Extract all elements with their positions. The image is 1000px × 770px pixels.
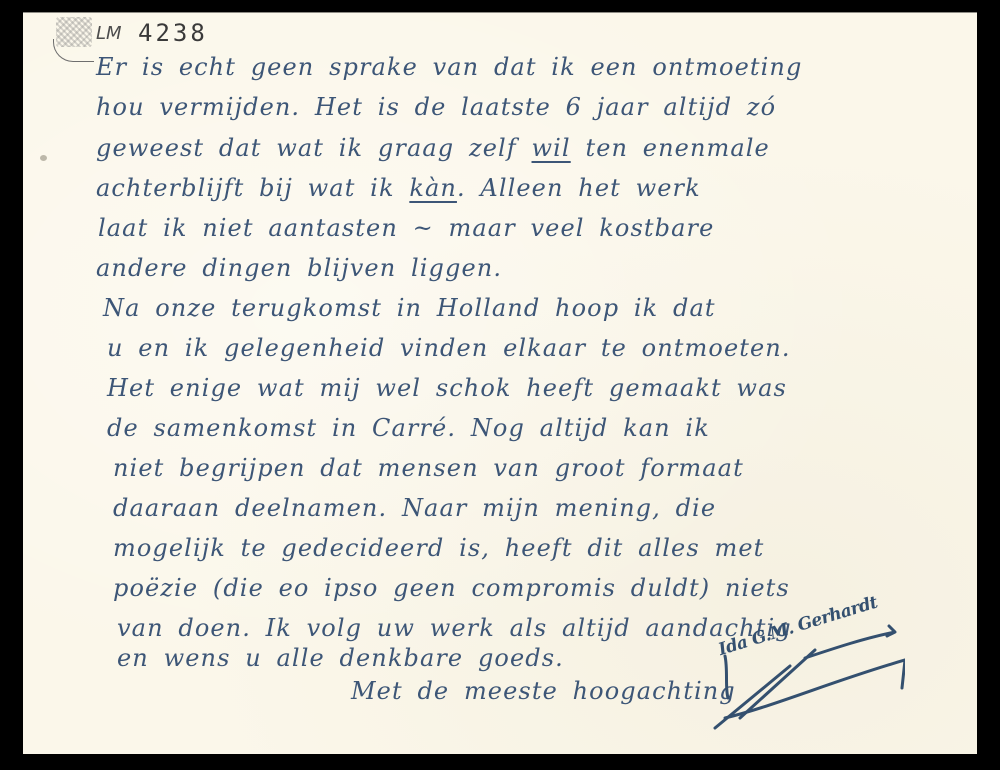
letter-line-10: de samenkomst in Carré. Nog altijd kan i…	[107, 414, 710, 442]
letter-line-8: u en ik gelegenheid vinden elkaar te ont…	[107, 334, 791, 362]
line-3-before: geweest dat wat ik graag zelf	[96, 134, 532, 162]
letter-line-3: geweest dat wat ik graag zelf wil ten en…	[96, 134, 770, 162]
letter-line-12: daaraan deelnamen. Naar mijn mening, die	[113, 494, 716, 522]
letter-line-6: andere dingen blijven liggen.	[96, 254, 502, 282]
letter-line-13: mogelijk te gedecideerd is, heeft dit al…	[113, 534, 764, 562]
line-3-after: ten enenmale	[571, 134, 770, 162]
letter-line-2: hou vermijden. Het is de laatste 6 jaar …	[96, 93, 776, 121]
underlined-word-kan: kàn	[409, 174, 457, 202]
archive-number: 4238	[138, 19, 208, 47]
letter-line-15: van doen. Ik volg uw werk als altijd aan…	[117, 614, 792, 642]
letter-line-7: Na onze terugkomst in Holland hoop ik da…	[103, 294, 716, 322]
line-4-after: . Alleen het werk	[457, 174, 701, 202]
ink-spot	[40, 155, 47, 161]
letter-line-5: laat ik niet aantasten ~ maar veel kostb…	[98, 214, 714, 242]
closing-salutation: Met de meeste hoogachting	[351, 677, 736, 705]
letter-line-4: achterblijft bij wat ik kàn. Alleen het …	[96, 174, 701, 202]
underlined-word-wil: wil	[532, 134, 571, 162]
line-4-before: achterblijft bij wat ik	[96, 174, 409, 202]
letter-line-9: Het enige wat mij wel schok heeft gemaak…	[107, 374, 787, 402]
letter-line-14: poëzie (die eo ipso geen compromis duldt…	[113, 574, 790, 602]
archive-prefix: LM	[96, 23, 122, 44]
letter-line-11: niet begrijpen dat mensen van groot form…	[113, 454, 744, 482]
letter-line-16: en wens u alle denkbare goeds.	[117, 644, 564, 672]
stamp-flourish	[53, 39, 94, 62]
letter-line-1: Er is echt geen sprake van dat ik een on…	[96, 53, 802, 81]
